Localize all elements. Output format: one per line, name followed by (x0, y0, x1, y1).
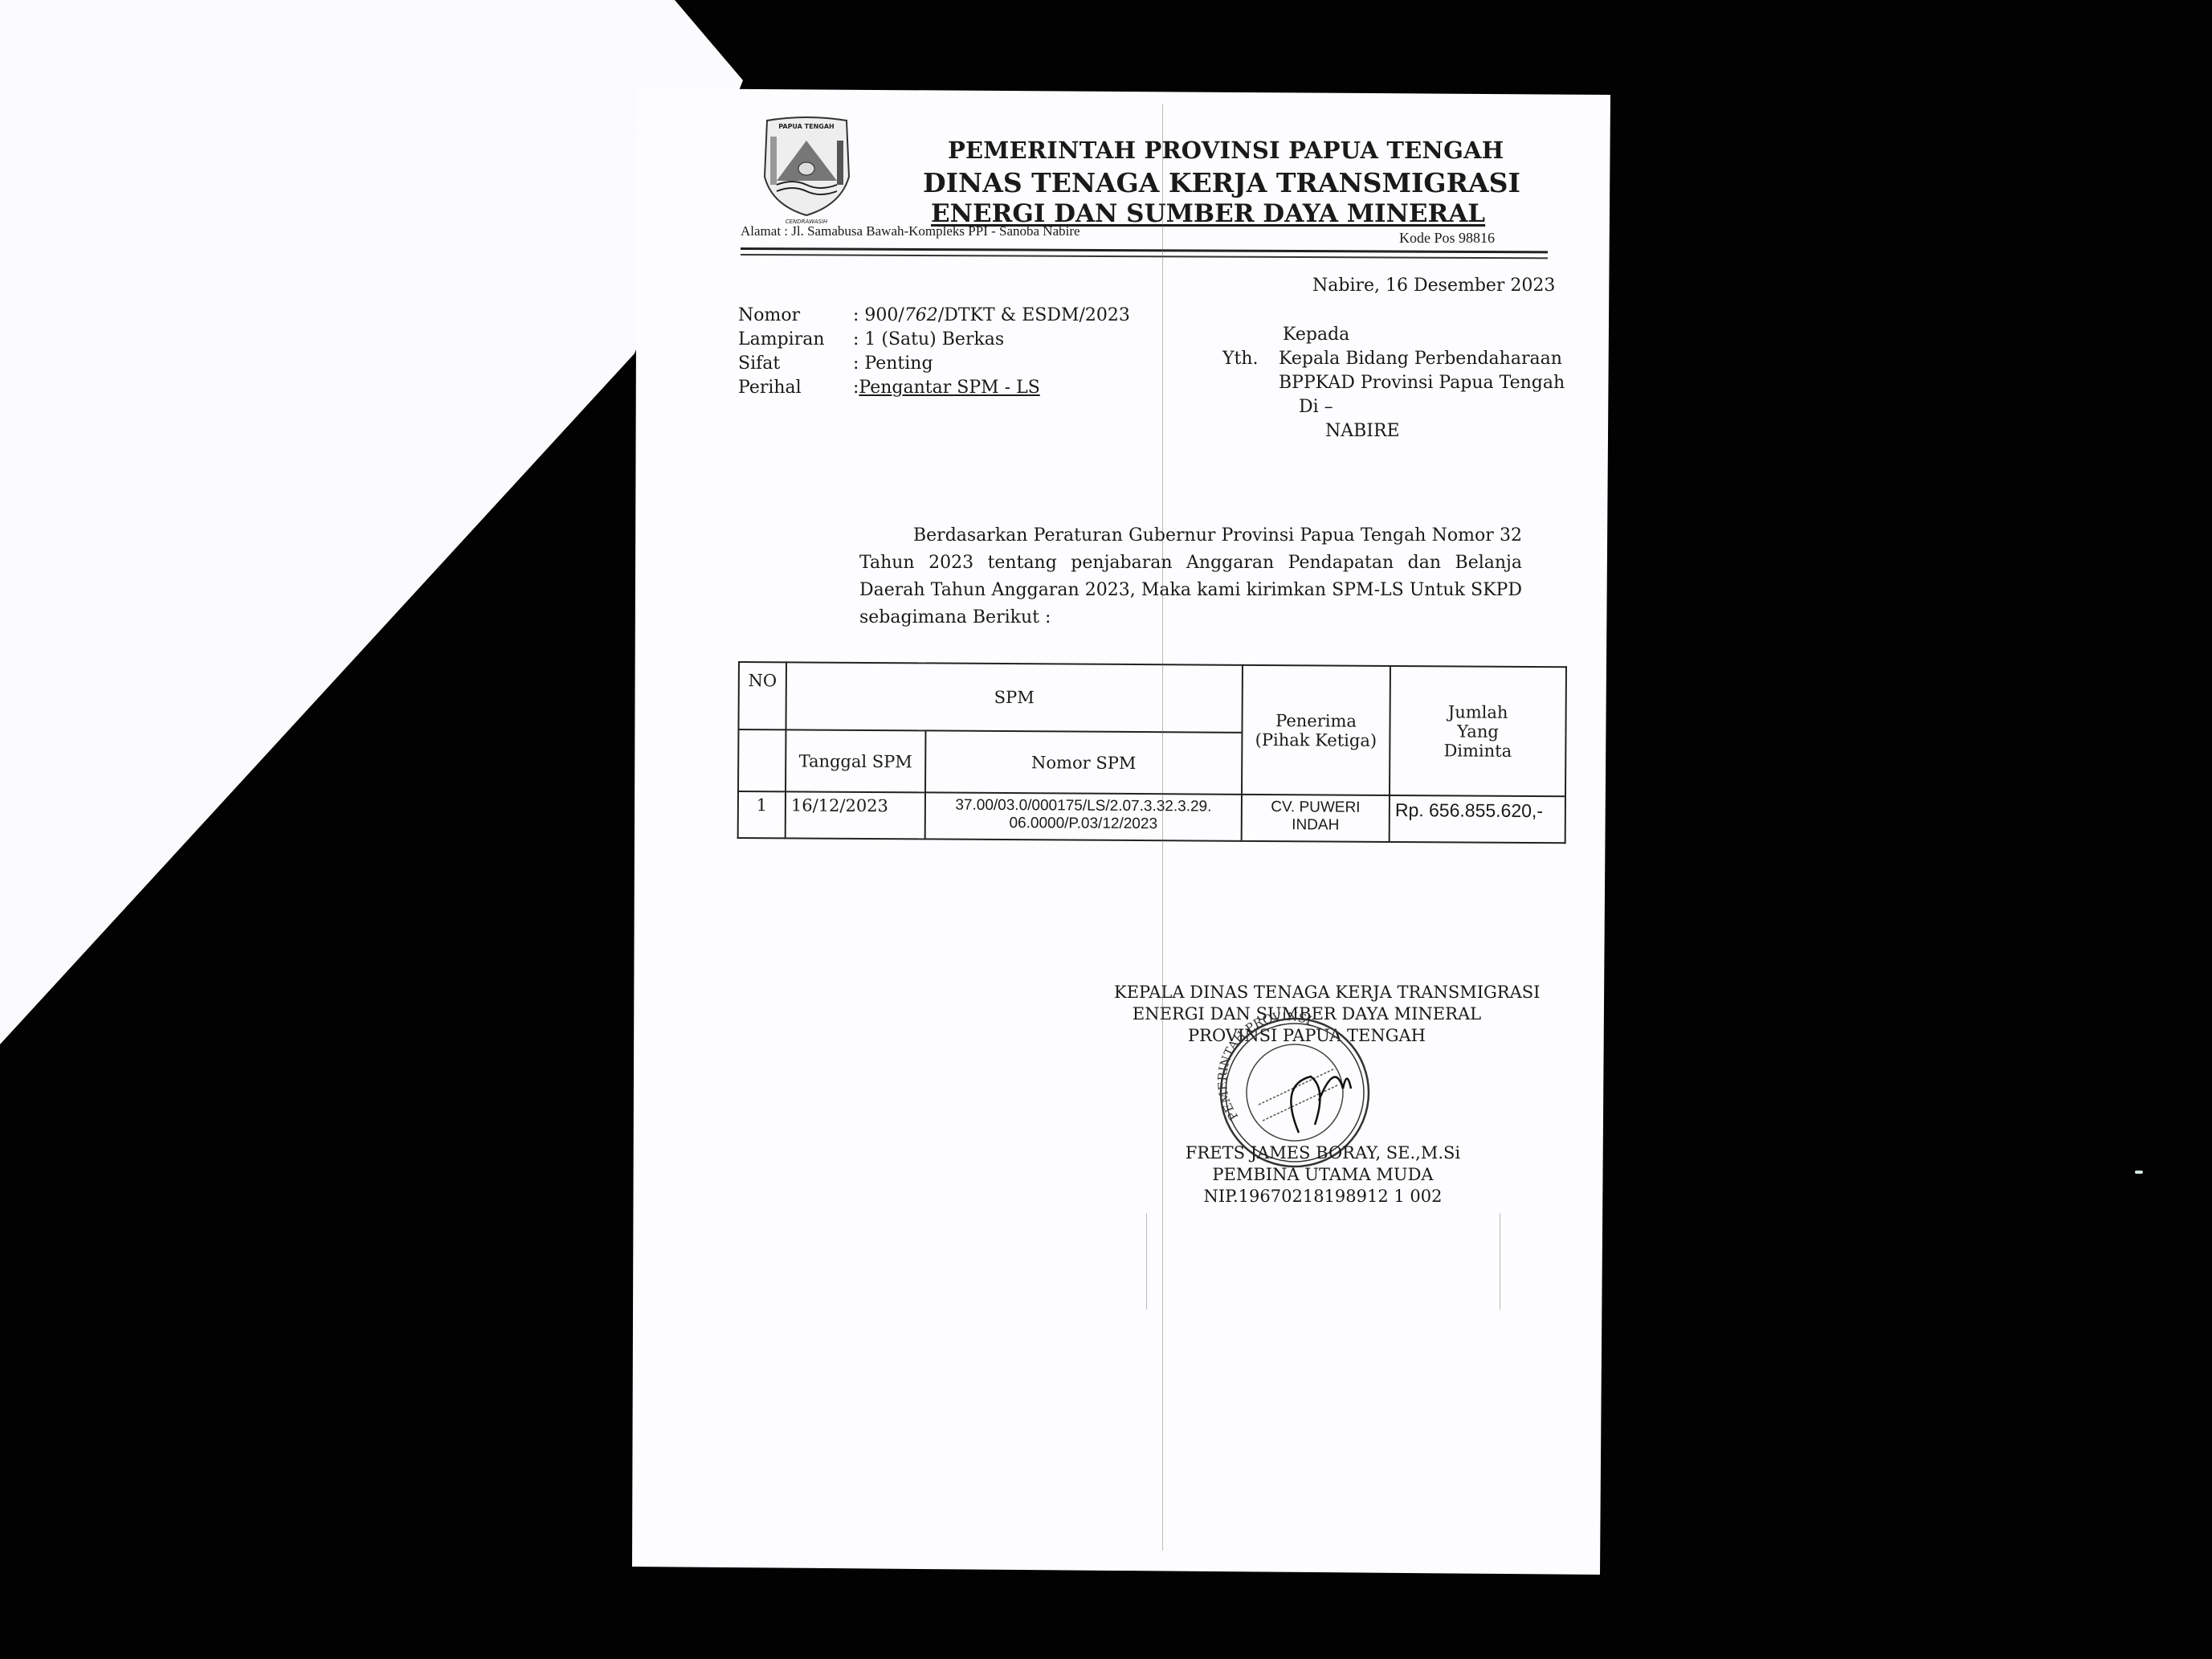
letter-meta: Nomor : 900/762 /DTKT & ESDM/2023 Lampir… (738, 304, 1130, 400)
cell-no: 1 (738, 791, 786, 838)
recipient-line-2: BPPKAD Provinsi Papua Tengah (1222, 371, 1565, 395)
scan-artifact (1500, 1213, 1500, 1310)
recipient-block: Kepada Yth.Kepala Bidang Perbendaharaan … (1222, 323, 1565, 443)
header-no: NO (738, 662, 786, 729)
recipient-kepada: Kepada (1222, 323, 1565, 347)
letterhead-rule (741, 247, 1548, 253)
recipient-line-1: Yth.Kepala Bidang Perbendaharaan (1222, 347, 1565, 371)
signatory-nip: NIP.19670218198912 1 002 (1114, 1186, 1532, 1207)
letterhead-government: PEMERINTAH PROVINSI PAPUA TENGAH (948, 137, 1504, 164)
cell-nomor: 37.00/03.0/000175/LS/2.07.3.32.3.29.06.0… (925, 792, 1242, 840)
scan-artifact (1146, 1213, 1147, 1310)
recipient-city: NABIRE (1222, 419, 1565, 443)
svg-text:PEMERINTAH PROVINSI: PEMERINTAH PROVINSI (1215, 1012, 1314, 1123)
meta-perihal: Perihal : Pengantar SPM - LS (738, 376, 1130, 400)
cell-tanggal: 16/12/2023 (786, 791, 925, 839)
meta-lampiran: Lampiran : 1 (Satu) Berkas (738, 328, 1130, 352)
recipient-line-3: Di – (1222, 395, 1565, 419)
header-penerima: Penerima(Pihak Ketiga) (1242, 665, 1390, 795)
letterhead-rule (741, 254, 1548, 259)
cell-jumlah: Rp. 656.855.620,- (1390, 795, 1565, 843)
meta-nomor: Nomor : 900/762 /DTKT & ESDM/2023 (738, 304, 1130, 328)
header-jumlah: JumlahYangDiminta (1390, 666, 1566, 796)
svg-text:PAPUA TENGAH: PAPUA TENGAH (778, 123, 834, 130)
header-spm: SPM (786, 662, 1243, 732)
background-speck (2135, 1171, 2143, 1174)
place-date: Nabire, 16 Desember 2023 (1312, 276, 1555, 296)
scan-artifact (1162, 104, 1163, 1551)
letterhead-postal-code: Kode Pos 98816 (1399, 230, 1495, 247)
signatory-name: FRETS JAMES BORAY, SE.,M.Si (1114, 1142, 1532, 1164)
header-tanggal: Tanggal SPM (786, 729, 925, 792)
body-paragraph: Berdasarkan Peraturan Gubernur Provinsi … (859, 522, 1522, 631)
letterhead-address: Alamat : Jl. Samabusa Bawah-Kompleks PPI… (741, 223, 1080, 239)
spm-table: NO SPM Penerima(Pihak Ketiga) JumlahYang… (737, 661, 1567, 844)
letterhead-agency: DINAS TENAGA KERJA TRANSMIGRASI (923, 167, 1520, 198)
signatory-rank: PEMBINA UTAMA MUDA (1114, 1164, 1532, 1186)
table-row: 1 16/12/2023 37.00/03.0/000175/LS/2.07.3… (738, 791, 1565, 843)
letter-page: PAPUA TENGAH CENDRAWASIH PEMERINTAH PROV… (632, 88, 1612, 1575)
meta-sifat: Sifat : Penting (738, 352, 1130, 376)
table-header-row: NO SPM Penerima(Pihak Ketiga) JumlahYang… (738, 662, 1565, 734)
signatory-block: FRETS JAMES BORAY, SE.,M.Si PEMBINA UTAM… (1114, 1142, 1532, 1207)
header-nomor: Nomor SPM (925, 730, 1242, 794)
papua-tengah-emblem-icon: PAPUA TENGAH CENDRAWASIH (761, 112, 853, 225)
handwritten-number: 762 (904, 304, 938, 328)
cell-penerima: CV. PUWERI INDAH (1242, 795, 1390, 842)
